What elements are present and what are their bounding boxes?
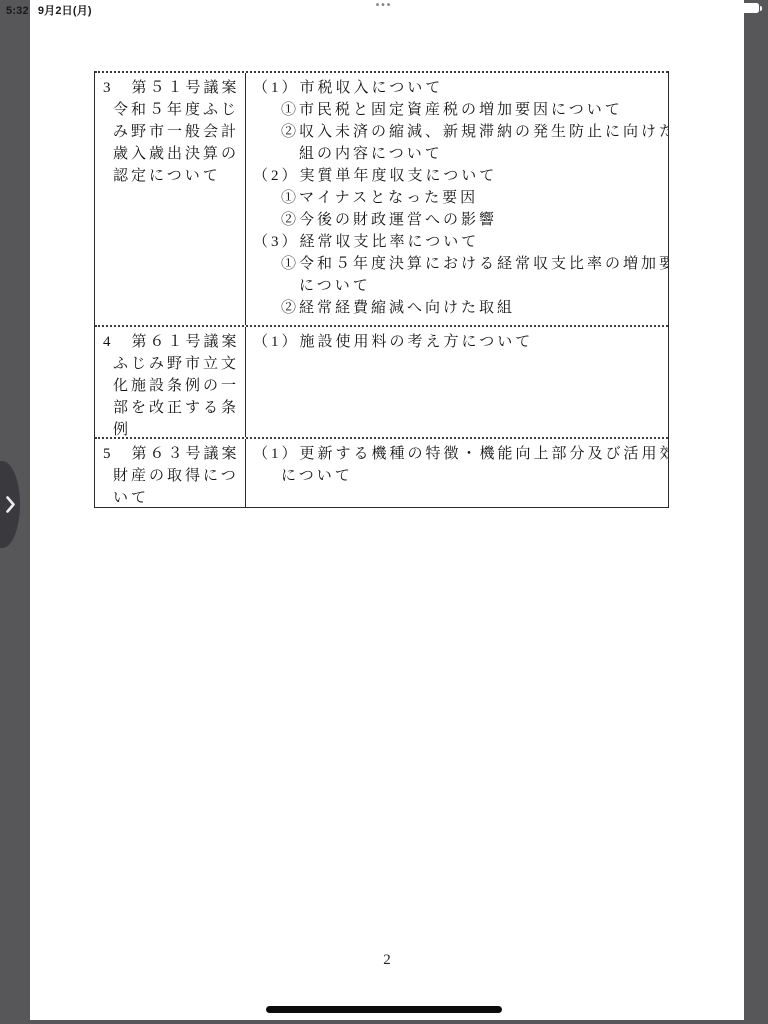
agenda-item-first-line: 5第６３号議案 (103, 443, 243, 465)
agenda-item-number: 5 (103, 443, 114, 465)
ipad-screen: 3第５１号議案 令和５年度ふじみ野市一般会計歳入歳出決算の認定について （1）市… (0, 0, 768, 1024)
table-row: 4第６１号議案 ふじみ野市立文化施設条例の一部を改正する条例 （1）施設使用料の… (95, 325, 668, 437)
question-line: について (253, 465, 666, 487)
agenda-item-title-line: 化施設条例の一 (103, 375, 243, 397)
home-indicator[interactable] (266, 1006, 502, 1013)
agenda-item-title: 第６１号議案 (132, 334, 240, 350)
date-text: 9月2日(月) (38, 5, 92, 17)
question-line: （2）実質単年度収支について (253, 165, 666, 187)
question-line: について (253, 275, 666, 297)
agenda-item-cell: 5第６３号議案 財産の取得について (95, 439, 246, 507)
question-line: ②経常経費縮減へ向けた取組 (253, 297, 666, 319)
agenda-item-first-line: 3第５１号議案 (103, 77, 243, 99)
agenda-item-number: 4 (103, 331, 114, 353)
agenda-item-number: 3 (103, 77, 114, 99)
question-cell: （1）更新する機種の特徴・機能向上部分及び活用効果について (246, 439, 668, 507)
question-line: ②収入未済の縮減、新規滞納の発生防止に向けた取 (253, 121, 666, 143)
question-cell: （1）市税収入について①市民税と固定資産税の増加要因について②収入未済の縮減、新… (246, 73, 668, 325)
question-line: （3）経常収支比率について (253, 231, 666, 253)
question-cell: （1）施設使用料の考え方について (246, 327, 668, 437)
page-number: 2 (30, 952, 744, 969)
agenda-item-title: 第５１号議案 (132, 80, 240, 96)
question-line: 組の内容について (253, 143, 666, 165)
agenda-item-title-line: み野市一般会計 (103, 121, 243, 143)
multitask-dots-icon[interactable]: ••• (376, 0, 393, 11)
agenda-item-title-line: 例 (103, 419, 243, 437)
status-time-date: 5:329月2日(月) (6, 2, 92, 18)
agenda-item-title-line: 部を改正する条 (103, 397, 243, 419)
question-line: （1）施設使用料の考え方について (253, 331, 666, 353)
agenda-item-cell: 4第６１号議案 ふじみ野市立文化施設条例の一部を改正する条例 (95, 327, 246, 437)
agenda-item-cell: 3第５１号議案 令和５年度ふじみ野市一般会計歳入歳出決算の認定について (95, 73, 246, 325)
agenda-item-title-line: 認定について (103, 165, 243, 187)
agenda-item-first-line: 4第６１号議案 (103, 331, 243, 353)
agenda-item-title-line: 財産の取得につ (103, 465, 243, 487)
agenda-item-title: 第６３号議案 (132, 446, 240, 462)
chevron-right-icon (4, 495, 16, 514)
table-row: 5第６３号議案 財産の取得について （1）更新する機種の特徴・機能向上部分及び活… (95, 437, 668, 507)
document-page: 3第５１号議案 令和５年度ふじみ野市一般会計歳入歳出決算の認定について （1）市… (30, 0, 744, 1020)
agenda-item-title-line: 令和５年度ふじ (103, 99, 243, 121)
question-line: ①マイナスとなった要因 (253, 187, 666, 209)
agenda-item-title-line: いて (103, 487, 243, 507)
question-line: （1）市税収入について (253, 77, 666, 99)
question-line: ①市民税と固定資産税の増加要因について (253, 99, 666, 121)
question-line: （1）更新する機種の特徴・機能向上部分及び活用効果 (253, 443, 666, 465)
agenda-item-title-line: 歳入歳出決算の (103, 143, 243, 165)
question-line: ①令和５年度決算における経常収支比率の増加要因 (253, 253, 666, 275)
agenda-table: 3第５１号議案 令和５年度ふじみ野市一般会計歳入歳出決算の認定について （1）市… (94, 71, 669, 508)
status-bar: 5:329月2日(月) ••• (0, 0, 768, 18)
agenda-item-title-line: ふじみ野市立文 (103, 353, 243, 375)
battery-icon (740, 3, 759, 13)
sidebar-pull-handle[interactable] (0, 461, 20, 548)
question-line: ②今後の財政運営への影響 (253, 209, 666, 231)
clock-text: 5:32 (6, 5, 29, 17)
table-row: 3第５１号議案 令和５年度ふじみ野市一般会計歳入歳出決算の認定について （1）市… (95, 71, 668, 325)
